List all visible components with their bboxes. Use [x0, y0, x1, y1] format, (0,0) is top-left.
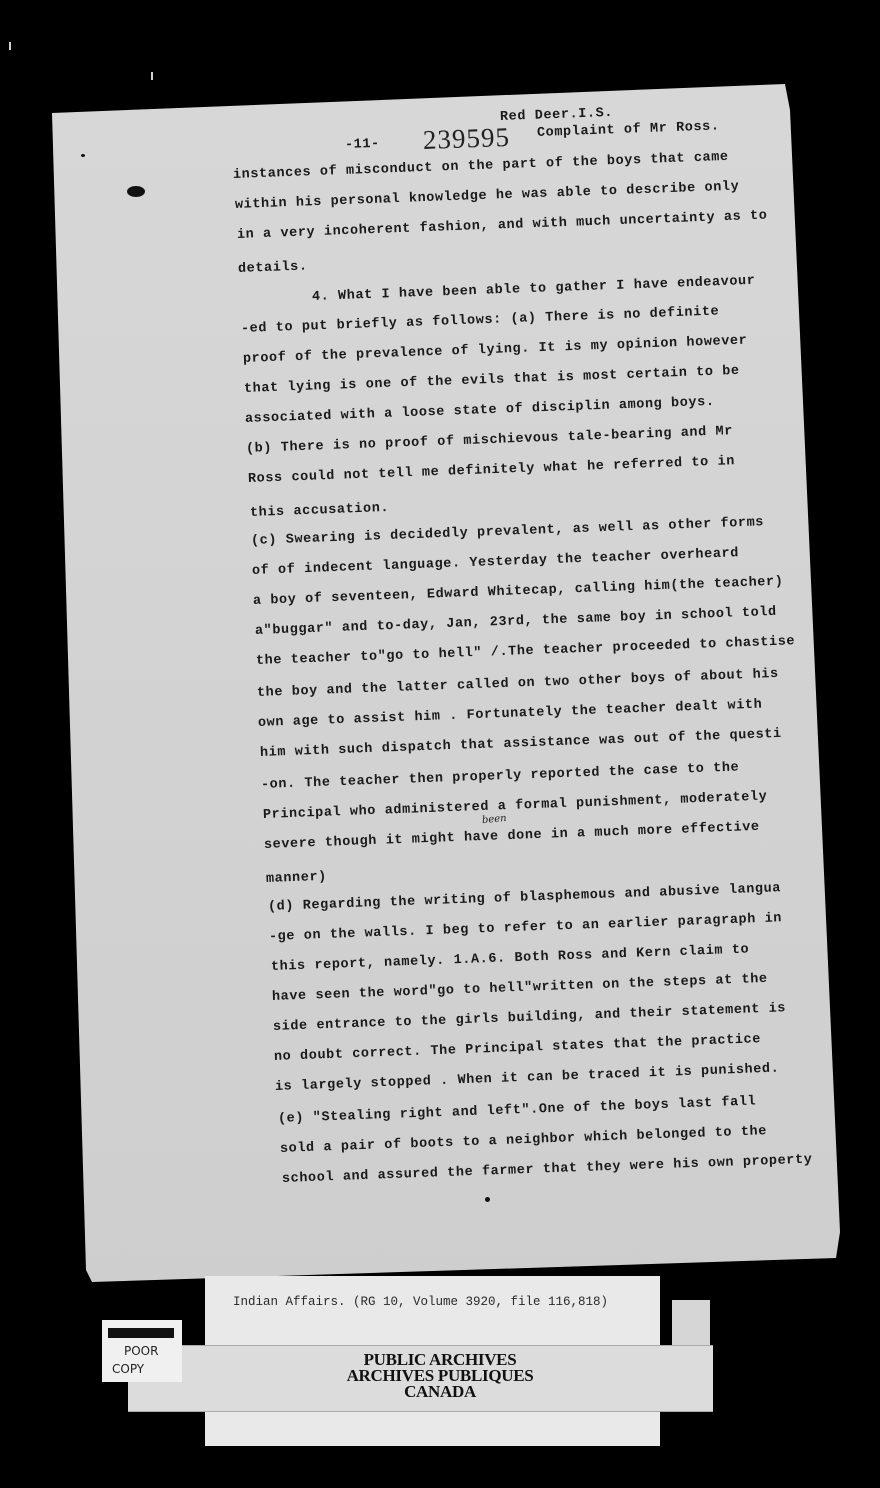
- text-line: (b) There is no proof of mischievous tal…: [246, 424, 734, 457]
- poor-copy-text: POOR COPY: [112, 1342, 158, 1378]
- text-line: instances of misconduct on the part of t…: [233, 150, 729, 183]
- text-line: is largely stopped . When it can be trac…: [275, 1062, 780, 1095]
- text-line: severe though it might have done in a mu…: [264, 820, 760, 853]
- text-line: -ge on the walls. I beg to refer to an e…: [269, 911, 783, 945]
- text-line: manner): [266, 870, 327, 887]
- text-line: the teacher to"go to hell" /.The teacher…: [256, 634, 796, 669]
- handwritten-insertion: been: [482, 813, 508, 826]
- text-line: that lying is one of the evils that is m…: [244, 364, 740, 397]
- text-line: this accusation.: [250, 501, 390, 521]
- text-line: -ed to put briefly as follows: (a) There…: [241, 304, 720, 337]
- text-line: school and assured the farmer that they …: [282, 1153, 813, 1187]
- text-line: in a very incoherent fashion, and with m…: [237, 209, 768, 243]
- text-line: no doubt correct. The Principal states t…: [274, 1032, 762, 1065]
- redaction-mark: [108, 1328, 174, 1338]
- header-page-marker: -11-: [345, 137, 380, 153]
- text-line: (c) Swearing is decidedly prevalent, as …: [251, 515, 765, 549]
- text-line: the boy and the latter called on two oth…: [257, 667, 779, 701]
- archive-citation: Indian Affairs. (RG 10, Volume 3920, fil…: [233, 1295, 608, 1309]
- stamp-number: 239595: [422, 122, 510, 156]
- text-line: side entrance to the girls building, and…: [273, 1001, 787, 1035]
- text-line: him with such dispatch that assistance w…: [260, 727, 782, 761]
- text-line: (e) "Stealing right and left".One of the…: [278, 1094, 757, 1127]
- poor-copy-line: COPY: [112, 1360, 158, 1378]
- text-line: this report, namely. 1.A.6. Both Ross an…: [271, 942, 750, 975]
- poor-copy-line: POOR: [112, 1342, 158, 1360]
- text-line: a"buggar" and to-day, Jan, 23rd, the sam…: [255, 605, 777, 639]
- text-line: associated with a loose state of discipl…: [245, 395, 715, 427]
- text-line: 4. What I have been able to gather I hav…: [312, 274, 756, 305]
- public-archives-stamp: PUBLIC ARCHIVES ARCHIVES PUBLIQUES CANAD…: [320, 1352, 560, 1400]
- text-line: within his personal knowledge he was abl…: [235, 180, 740, 213]
- stamp-line: CANADA: [320, 1384, 560, 1400]
- text-line: -on. The teacher then properly reported …: [261, 760, 740, 793]
- text-line: sold a pair of boots to a neighbor which…: [280, 1124, 768, 1157]
- text-line: a boy of seventeen, Edward Whitecap, cal…: [253, 575, 784, 609]
- text-line: have seen the word"go to hell"written on…: [272, 972, 768, 1005]
- document-text: Red Deer.I.S. -11- 239595 Complaint of M…: [0, 0, 880, 1488]
- text-line: proof of the prevalence of lying. It is …: [243, 334, 748, 367]
- text-line: Principal who administered a formal puni…: [263, 790, 768, 823]
- text-line: (d) Regarding the writing of blasphemous…: [268, 881, 782, 915]
- text-line: details.: [238, 259, 308, 277]
- text-line: own age to assist him . Fortunately the …: [258, 698, 763, 731]
- header-institution: Red Deer.I.S.: [500, 106, 614, 125]
- text-line: Ross could not tell me definitely what h…: [248, 454, 736, 487]
- text-line: of of indecent language. Yesterday the t…: [252, 546, 740, 579]
